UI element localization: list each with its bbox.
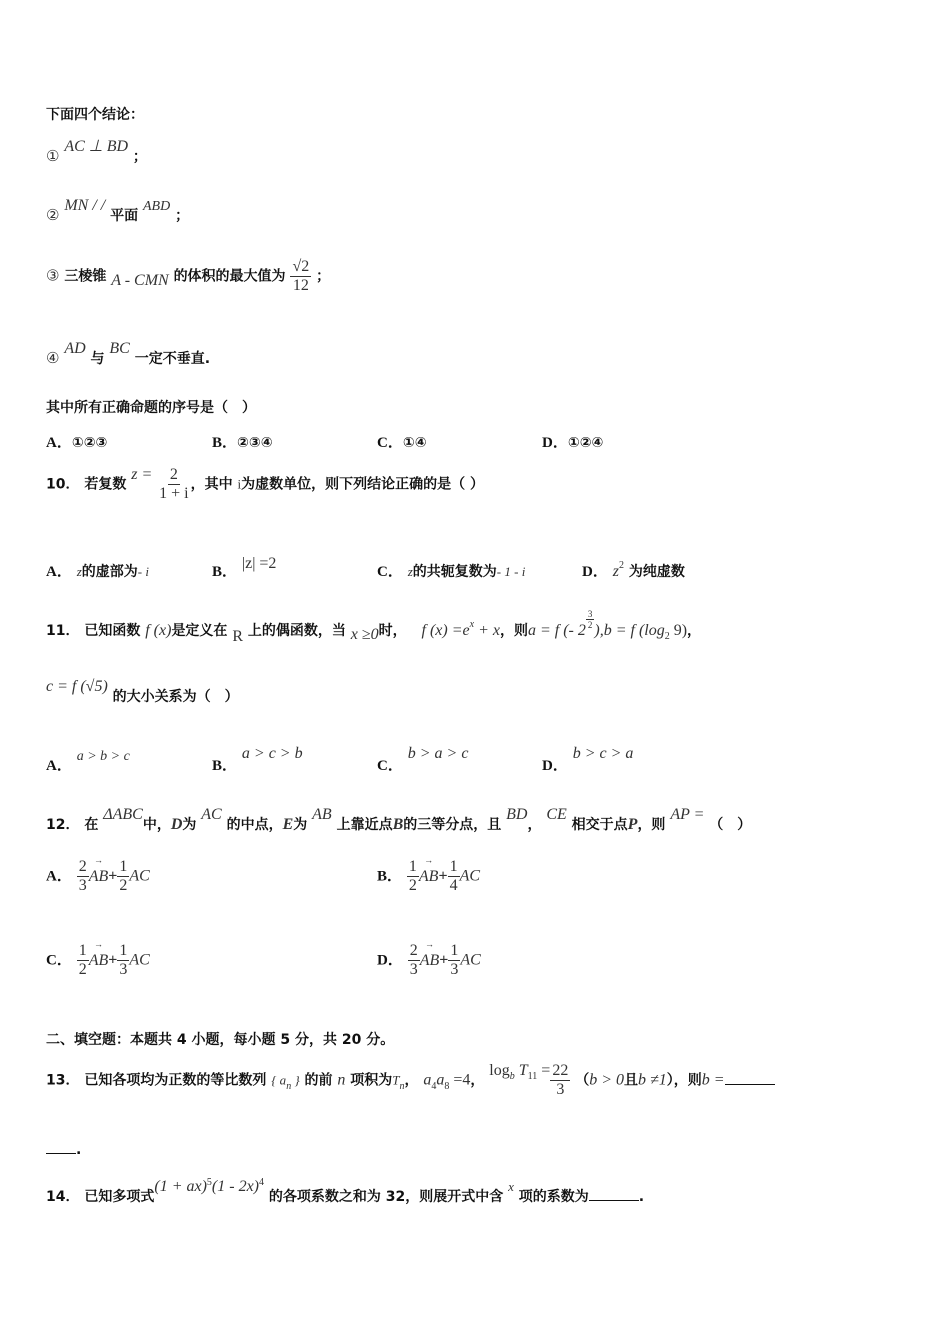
q11-option-c[interactable]: C． b > a > c	[377, 742, 468, 763]
fraction: √2 12	[290, 258, 311, 295]
vector-ab: AB	[89, 952, 109, 970]
q11-option-b[interactable]: B． a > c > b	[212, 742, 303, 763]
section-title: 二、填空题：本题共 4 小题，每小题 5 分，共 20 分。	[46, 1029, 394, 1049]
question-11-cont: c = f (√5) 的大小关系为（ ）	[46, 686, 239, 706]
vector-ab: AB	[420, 952, 440, 970]
conclusion-1: ① AC ⊥ BD ；	[46, 146, 147, 166]
question-12: 12． 在 ΔABC中，D为 AC 的中点，E为 AB 上靠近点B的三等分点，且…	[46, 814, 751, 834]
question-10: 10． 若复数 z = 2 1 + i ，其中 i为虚数单位，则下列结论正确的是…	[46, 466, 484, 503]
q12-option-d[interactable]: D． 23AB+13AC	[377, 942, 481, 979]
option-d[interactable]: D．①②④	[542, 431, 603, 452]
vector-ac: AC	[460, 952, 480, 969]
question-13-cont: .	[46, 1142, 81, 1158]
math-expression: BC	[109, 340, 129, 357]
question-number: 14．	[46, 1189, 79, 1205]
conclusion-4: ④ AD 与 BC 一定不垂直.	[46, 348, 210, 368]
text: 的体积的最大值为	[174, 269, 286, 285]
q10-option-a[interactable]: A． z的虚部为- i	[46, 560, 149, 581]
q10-option-d[interactable]: D． z2 为纯虚数	[582, 560, 685, 581]
question-number: 11．	[46, 623, 79, 639]
q10-option-b[interactable]: B． |z| =2	[212, 552, 276, 573]
vector-ab: AB	[419, 868, 439, 886]
question-number: 13．	[46, 1073, 79, 1089]
option-a[interactable]: A．①②③	[46, 431, 107, 452]
circled-number: ④	[46, 349, 59, 367]
punctuation: ；	[175, 208, 189, 224]
option-b[interactable]: B．②③④	[212, 431, 273, 452]
q12-option-b[interactable]: B． 12AB+14AC	[377, 858, 480, 895]
circled-number: ③	[46, 267, 59, 285]
math-expression: ABD	[143, 199, 170, 214]
conclusion-3: ③ 三棱锥 A - CMN 的体积的最大值为 √2 12 ；	[46, 258, 330, 295]
q11-option-a[interactable]: A． a > b > c	[46, 744, 130, 765]
punctuation: ；	[316, 269, 330, 285]
answer-blank[interactable]	[725, 1084, 775, 1085]
option-c[interactable]: C．①④	[377, 431, 427, 452]
punctuation: ；	[133, 149, 147, 165]
vector-ab: AB	[89, 868, 109, 886]
conclusion-2: ② MN / / 平面 ABD ；	[46, 205, 189, 225]
vector-ac: AC	[129, 952, 149, 969]
q12-option-c[interactable]: C． 12AB+13AC	[46, 942, 150, 979]
intro-text: 下面四个结论：	[46, 107, 144, 123]
fraction: 2 1 + i	[157, 466, 190, 503]
math-expression: AD	[64, 340, 85, 357]
answer-blank-cont[interactable]	[46, 1153, 76, 1154]
circled-number: ②	[46, 206, 59, 224]
question-number: 12．	[46, 817, 79, 833]
vector-ac: AC	[129, 868, 149, 885]
answer-blank[interactable]	[589, 1200, 639, 1201]
text: 三棱锥	[64, 269, 106, 285]
math-expression: A - CMN	[111, 272, 168, 289]
circled-number: ①	[46, 147, 59, 165]
math-expression: AC ⊥ BD	[64, 138, 128, 155]
text: 平面	[110, 208, 138, 224]
question-number: 10．	[46, 477, 79, 493]
text: 与	[91, 351, 105, 367]
conclusions-intro: 下面四个结论：	[46, 104, 144, 124]
text: 一定不垂直.	[135, 351, 210, 367]
q11-option-d[interactable]: D． b > c > a	[542, 742, 633, 763]
question-11: 11． 已知函数 f (x)是定义在 R 上的偶函数，当 x ≥0时， f (x…	[46, 620, 701, 642]
vector-ac: AC	[460, 868, 480, 885]
conclusions-question: 其中所有正确命题的序号是（ ）	[46, 397, 256, 417]
q12-option-a[interactable]: A． 23AB+12AC	[46, 858, 150, 895]
q10-option-c[interactable]: C． z的共轭复数为- 1 - i	[377, 560, 525, 581]
question-13: 13． 已知各项均为正数的等比数列 { an } 的前 n 项积为Tn， a4a…	[46, 1062, 775, 1099]
math-expression: MN / /	[64, 197, 105, 214]
question-14: 14． 已知多项式(1 + ax)5(1 - 2x)4 的各项系数之和为 32，…	[46, 1186, 644, 1206]
